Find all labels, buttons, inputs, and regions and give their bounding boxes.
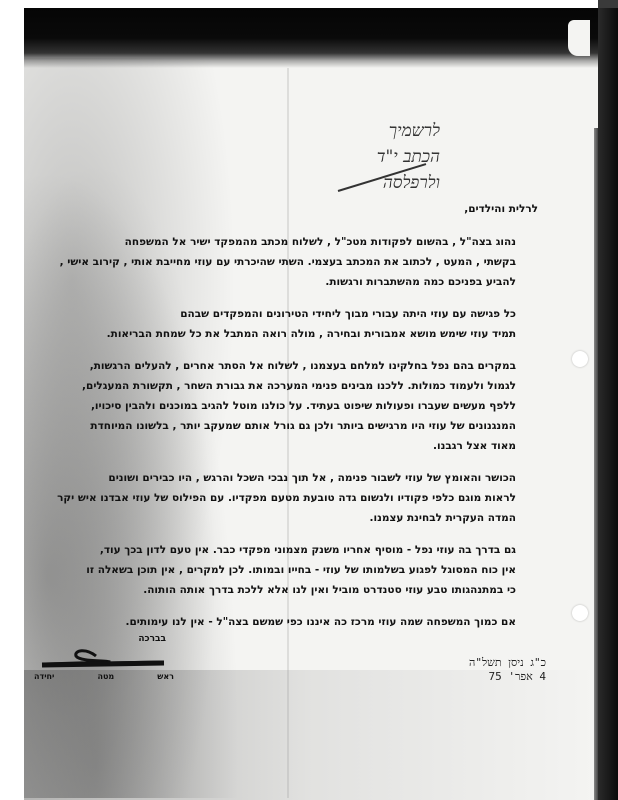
punch-hole-icon <box>572 351 588 367</box>
handwritten-note: לרשמיך הכתב י"ד ולרפלסה <box>300 118 440 196</box>
paragraph-line: תמיד עוזי שימש מושא אמבורית ובחירה , מול… <box>26 324 538 344</box>
paragraph-line: המדה העקרית לבחינת עצמנו. <box>26 508 538 528</box>
paragraph-line: נהוג בצה"ל , בהשום לפקודות מטכ"ל , לשלוח… <box>26 232 538 252</box>
paragraph-line: במקרים בהם נפל בחלקינו למלחם בעצמנו , לש… <box>26 356 538 376</box>
signature-names: ראש מטה יחידה <box>34 672 174 681</box>
handwritten-line: ולרפלסה <box>300 170 440 196</box>
scan-noise-bottom <box>24 670 598 800</box>
signature-name: מטה <box>97 672 114 681</box>
paragraph-line: להביע בפניכם כמה מהשתברות ורגשות. <box>26 272 538 292</box>
gregorian-date: 4 אפר' 75 <box>446 670 546 684</box>
signature-name: יחידה <box>34 672 54 681</box>
paragraph-line: אין כוח המסוגל לפגוע בשלמותו של עוזי - ב… <box>26 560 538 580</box>
letter-paragraph: אם כמוך המשפחה שמה עוזי מרכז כה איננו כפ… <box>26 612 538 632</box>
signature-block: בברכה ראש מטה יחידה <box>34 634 174 684</box>
letter-paragraph: במקרים בהם נפל בחלקינו למלחם בעצמנו , לש… <box>26 356 538 456</box>
scanner-background-edge <box>598 0 618 800</box>
letter-body: לרלית והילדים, נהוג בצה"ל , בהשום לפקודו… <box>26 202 538 644</box>
page-edge-shadow <box>594 128 598 800</box>
paragraph-line: אם כמוך המשפחה שמה עוזי מרכז כה איננו כפ… <box>26 612 538 632</box>
paragraph-line: כל פגישה עם עוזי היתה עבורי מבוך ליחידי … <box>26 304 538 324</box>
paragraph-line: גם בדרך בה עוזי נפל - מוסיף אחריו משנק מ… <box>26 540 538 560</box>
signature-title: בברכה <box>138 634 166 644</box>
signature-name: ראש <box>157 672 174 681</box>
signature-scribble-icon <box>36 648 166 670</box>
punch-hole-icon <box>572 605 588 621</box>
salutation: לרלית והילדים, <box>26 202 538 216</box>
letter-paragraph: כל פגישה עם עוזי היתה עבורי מבוך ליחידי … <box>26 304 538 344</box>
hebrew-date: כ"ג ניסן תשל"ה <box>446 656 546 670</box>
paragraphs: נהוג בצה"ל , בהשום לפקודות מטכ"ל , לשלוח… <box>26 232 538 632</box>
paragraph-line: לראות מוגם כלפי פקודיו ולנשום גדה טובעת … <box>26 488 538 508</box>
handwritten-line: לרשמיך <box>300 118 440 144</box>
letter-paragraph: נהוג בצה"ל , בהשום לפקודות מטכ"ל , לשלוח… <box>26 232 538 292</box>
letter-paragraph: הכושר והאומץ של עוזי לשבור פנימה , אל תו… <box>26 468 538 528</box>
paragraph-line: בקשתי , המעט , לכתוב את המכתב בעצמי. השת… <box>26 252 538 272</box>
paragraph-line: המנגנונים של עוזי היו מרגישים ביותר ולכן… <box>26 416 538 436</box>
torn-corner <box>568 20 590 56</box>
letter-paragraph: גם בדרך בה עוזי נפל - מוסיף אחריו משנק מ… <box>26 540 538 600</box>
paragraph-line: הכושר והאומץ של עוזי לשבור פנימה , אל תו… <box>26 468 538 488</box>
paragraph-line: ללפף מעשים שעברו ופעולות שיפוט בעתיד. על… <box>26 396 538 416</box>
paragraph-line: מאוד אצל רגבנו. <box>26 436 538 456</box>
paragraph-line: כי במתנהגותו טבע עוזי סטנדרט מוביל ואין … <box>26 580 538 600</box>
paragraph-line: לגמול ולעמוד כמולות. ללכנו מבינים פנימי … <box>26 376 538 396</box>
date-block: כ"ג ניסן תשל"ה 4 אפר' 75 <box>446 656 546 684</box>
